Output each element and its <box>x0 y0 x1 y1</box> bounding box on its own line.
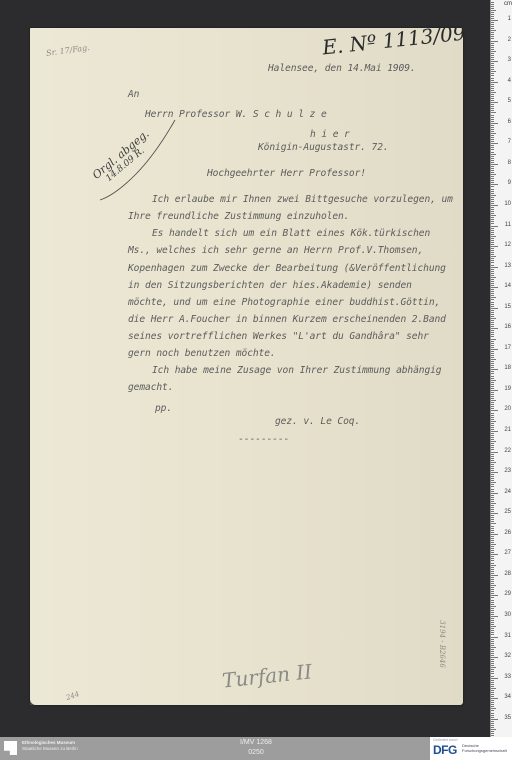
ruler-tick <box>491 203 494 204</box>
ruler-tick <box>491 24 494 25</box>
ruler-tick <box>491 16 494 17</box>
ruler-tick <box>491 269 494 270</box>
ruler-tick <box>491 172 494 173</box>
ruler-tick <box>491 112 496 113</box>
ruler-tick <box>491 579 494 580</box>
ruler-tick <box>491 215 496 216</box>
ruler-tick <box>491 452 498 453</box>
ruler-tick <box>491 299 494 300</box>
ruler-tick <box>491 318 496 319</box>
ruler-tick <box>491 478 494 479</box>
ruler-tick <box>491 528 494 529</box>
ruler-tick <box>491 497 494 498</box>
ruler-tick <box>491 53 494 54</box>
ruler-tick <box>491 678 498 679</box>
ruler-tick <box>491 369 498 370</box>
ruler-tick <box>491 517 494 518</box>
ruler-tick <box>491 302 494 303</box>
ruler-tick <box>491 160 494 161</box>
ruler-tick <box>491 480 494 481</box>
ruler-label: 11 <box>505 222 511 228</box>
ruler-label: 12 <box>504 242 511 248</box>
ruler-tick <box>491 468 494 469</box>
ruler-tick <box>491 273 494 274</box>
ruler-tick <box>491 441 496 442</box>
ruler-tick <box>491 404 494 405</box>
ruler-tick <box>491 244 494 245</box>
body-line: Ich erlaube mir Ihnen zwei Bittgesuche v… <box>152 194 453 205</box>
ruler-tick <box>491 334 494 335</box>
ruler-tick <box>491 727 494 728</box>
ruler-tick <box>491 186 494 187</box>
ruler-tick <box>491 694 494 695</box>
sponsor-caption: Gefördert durch <box>433 738 458 742</box>
ruler-tick <box>491 595 498 596</box>
ruler-tick <box>491 509 494 510</box>
ruler-tick <box>491 632 494 633</box>
ruler-tick <box>491 125 494 126</box>
ruler-tick <box>491 692 494 693</box>
recipient-prefix: An <box>128 89 139 100</box>
body-line: möchte, und um eine Photographie einer b… <box>128 297 440 308</box>
ruler-tick <box>491 359 496 360</box>
ruler-tick <box>491 634 494 635</box>
ruler-tick <box>491 135 494 136</box>
ruler-tick <box>491 470 494 471</box>
ruler-label: 20 <box>504 406 511 412</box>
ruler-tick <box>491 620 494 621</box>
ruler-tick <box>491 413 494 414</box>
closing-pp: pp. <box>155 403 172 414</box>
ruler-tick <box>491 643 494 644</box>
ruler-tick <box>491 133 496 134</box>
ruler-tick <box>491 456 494 457</box>
ruler-tick <box>491 735 494 736</box>
ruler-label: 16 <box>504 324 511 330</box>
ruler-tick <box>491 355 494 356</box>
ruler-tick <box>491 474 494 475</box>
ruler-label: 2 <box>508 37 511 43</box>
ruler-tick <box>491 106 494 107</box>
ruler-tick <box>491 14 494 15</box>
ruler-tick <box>491 415 494 416</box>
ruler-tick <box>491 454 494 455</box>
ruler-tick <box>491 733 494 734</box>
ruler-tick <box>491 43 494 44</box>
ruler-tick <box>491 449 494 450</box>
separator-rule: --------- <box>238 434 289 445</box>
ruler-tick <box>491 92 496 93</box>
ruler-tick <box>491 36 494 37</box>
ruler-tick <box>491 569 494 570</box>
ruler-tick <box>491 384 494 385</box>
ruler-tick <box>491 256 496 257</box>
ruler-label: 14 <box>504 283 511 289</box>
ruler-tick <box>491 234 494 235</box>
ruler-tick <box>491 117 494 118</box>
ruler-label: 27 <box>504 550 511 556</box>
body-line: gemacht. <box>128 382 173 393</box>
ruler-tick <box>491 673 494 674</box>
ruler-tick <box>491 717 494 718</box>
ruler-tick <box>491 577 494 578</box>
ruler-tick <box>491 560 494 561</box>
ruler-tick <box>491 94 494 95</box>
ruler-tick <box>491 729 496 730</box>
ruler-tick <box>491 252 494 253</box>
ruler-label: 15 <box>504 304 511 310</box>
ruler-tick <box>491 297 496 298</box>
ruler-tick <box>491 310 494 311</box>
ruler-tick <box>491 217 494 218</box>
ruler-tick <box>491 55 494 56</box>
ruler-tick <box>491 180 494 181</box>
ruler-tick <box>491 721 494 722</box>
ruler-tick <box>491 38 494 39</box>
recipient-local: h i e r <box>310 129 350 140</box>
ruler-tick <box>491 221 494 222</box>
ruler-label: 4 <box>508 78 511 84</box>
ruler-tick <box>491 532 494 533</box>
ruler-tick <box>491 129 494 130</box>
ruler-tick <box>491 661 494 662</box>
right-edge-rotated-note: 3194 - B2646 <box>438 620 446 668</box>
ruler-tick <box>491 242 494 243</box>
ruler-tick <box>491 108 494 109</box>
ruler-tick <box>491 238 494 239</box>
ruler-tick <box>491 513 498 514</box>
ruler-tick <box>491 538 494 539</box>
ruler-tick <box>491 147 494 148</box>
page-number: 0250 <box>226 748 286 758</box>
ruler-tick <box>491 706 494 707</box>
ruler-tick <box>491 435 494 436</box>
margin-note-stroke <box>95 115 185 205</box>
ruler-tick <box>491 145 494 146</box>
ruler-tick <box>491 328 498 329</box>
ruler-tick <box>491 84 494 85</box>
ruler-tick <box>491 464 494 465</box>
ruler-label: 9 <box>508 180 511 186</box>
ruler-tick <box>491 423 494 424</box>
ruler-label: 34 <box>504 694 511 700</box>
recipient-street: Königin-Augustastr. 72. <box>258 142 389 153</box>
ruler-tick <box>491 267 498 268</box>
ruler-tick <box>491 230 494 231</box>
ruler-tick <box>491 392 494 393</box>
ruler-tick <box>491 433 494 434</box>
ruler-tick <box>491 265 494 266</box>
ruler-tick <box>491 281 494 282</box>
ruler-label: 22 <box>504 448 511 454</box>
ruler-tick <box>491 100 494 101</box>
ruler-tick <box>491 521 494 522</box>
ruler-tick <box>491 254 494 255</box>
ruler-tick <box>491 41 498 42</box>
ruler-label: 19 <box>504 386 511 392</box>
ruler-tick <box>491 482 496 483</box>
ruler-tick <box>491 162 494 163</box>
dfg-sponsor-logo: Gefördert durch DFG Deutsche Forschungsg… <box>430 737 512 760</box>
ruler-tick <box>491 540 494 541</box>
ruler-label: 25 <box>504 509 511 515</box>
ruler-tick <box>491 67 494 68</box>
ruler-tick <box>491 702 494 703</box>
ruler-label: 1 <box>508 16 511 22</box>
ruler-tick <box>491 378 494 379</box>
ruler-label: 18 <box>504 365 511 371</box>
ruler-tick <box>491 289 494 290</box>
ruler-tick <box>491 530 494 531</box>
ruler-tick <box>491 460 494 461</box>
ruler-tick <box>491 462 496 463</box>
ruler-tick <box>491 645 494 646</box>
ruler-tick <box>491 713 494 714</box>
inventory-number: I/MV 1268 <box>226 738 286 748</box>
ruler-tick <box>491 343 494 344</box>
ruler-tick <box>491 308 498 309</box>
ruler-tick <box>491 345 494 346</box>
ruler-tick <box>491 184 498 185</box>
ruler-tick <box>491 408 494 409</box>
ruler-tick <box>491 361 494 362</box>
ruler-tick <box>491 696 494 697</box>
ruler-tick <box>491 211 494 212</box>
ruler-tick <box>491 604 494 605</box>
ruler-tick <box>491 137 494 138</box>
ruler-tick <box>491 75 494 76</box>
ruler-tick <box>491 96 494 97</box>
ruler-tick <box>491 667 496 668</box>
ruler-tick <box>491 371 494 372</box>
ruler-tick <box>491 262 494 263</box>
ruler-tick <box>491 501 494 502</box>
ruler-tick <box>491 170 494 171</box>
ruler-tick <box>491 373 494 374</box>
body-line: in den Sitzungsberichten der hies.Akadem… <box>128 280 412 291</box>
ruler-tick <box>491 552 494 553</box>
ruler-label: 29 <box>504 591 511 597</box>
ruler-tick <box>491 486 494 487</box>
ruler-tick <box>491 207 494 208</box>
ruler-tick <box>491 166 494 167</box>
ruler-tick <box>491 88 494 89</box>
ruler-tick <box>491 425 494 426</box>
ruler-tick <box>491 698 498 699</box>
ruler-tick <box>491 676 494 677</box>
ruler-tick <box>491 131 494 132</box>
body-line: die Herr A.Foucher in binnen Kurzem ersc… <box>128 314 446 325</box>
ruler-tick <box>491 686 494 687</box>
ruler-tick <box>491 258 494 259</box>
ruler-tick <box>491 20 498 21</box>
ruler-label: 28 <box>504 571 511 577</box>
ruler-tick <box>491 30 496 31</box>
ruler-tick <box>491 141 494 142</box>
ruler-tick <box>491 600 494 601</box>
ruler-tick <box>491 193 494 194</box>
place-date: Halensee, den 14.Mai 1909. <box>268 63 416 74</box>
ruler-tick <box>491 219 494 220</box>
signature: gez. v. Le Coq. <box>275 416 360 427</box>
ruler-tick <box>491 341 494 342</box>
ruler-tick <box>491 583 494 584</box>
ruler-label: 6 <box>508 119 511 125</box>
ruler-tick <box>491 330 494 331</box>
ruler-tick <box>491 250 494 251</box>
ruler-label: 26 <box>504 530 511 536</box>
ruler-tick <box>491 550 494 551</box>
ruler-tick <box>491 437 494 438</box>
ruler-tick <box>491 189 494 190</box>
ruler-tick <box>491 4 494 5</box>
ruler-tick <box>491 12 494 13</box>
ruler-tick <box>491 291 494 292</box>
ruler-tick <box>491 585 496 586</box>
body-line: Ihre freundliche Zustimmung einzuholen. <box>128 211 349 222</box>
ruler-tick <box>491 236 496 237</box>
ruler-tick <box>491 260 494 261</box>
ruler-label: 13 <box>504 263 511 269</box>
ruler-tick <box>491 232 494 233</box>
ruler-tick <box>491 34 494 35</box>
ruler-tick <box>491 651 494 652</box>
ruler-tick <box>491 367 494 368</box>
ruler-tick <box>491 511 494 512</box>
ruler-tick <box>491 197 494 198</box>
ruler-tick <box>491 443 494 444</box>
ruler-label: 33 <box>504 674 511 680</box>
ruler-tick <box>491 304 494 305</box>
ruler-tick <box>491 6 494 7</box>
ruler-tick <box>491 275 494 276</box>
ruler-tick <box>491 507 494 508</box>
ruler-tick <box>491 610 494 611</box>
ruler-tick <box>491 351 494 352</box>
ruler-tick <box>491 427 494 428</box>
ruler-tick <box>491 349 498 350</box>
ruler-tick <box>491 548 494 549</box>
ruler-tick <box>491 563 494 564</box>
ruler-tick <box>491 593 494 594</box>
ruler-tick <box>491 558 494 559</box>
body-line: Kopenhagen zum Zwecke der Bearbeitung (&… <box>128 263 446 274</box>
ruler-tick <box>491 575 498 576</box>
ruler-tick <box>491 682 494 683</box>
ruler-tick <box>491 573 494 574</box>
ruler-tick <box>491 394 494 395</box>
ruler-tick <box>491 336 494 337</box>
ruler-tick <box>491 59 494 60</box>
ruler-tick <box>491 213 494 214</box>
ruler-tick <box>491 178 494 179</box>
ruler-tick <box>491 80 494 81</box>
ruler-tick <box>491 725 494 726</box>
institution-name: Ethnologisches Museum Staatliche Museen … <box>22 740 78 752</box>
ruler-tick <box>491 439 494 440</box>
ruler-tick <box>491 565 496 566</box>
ruler-tick <box>491 626 496 627</box>
ruler-tick <box>491 655 494 656</box>
ruler-tick <box>491 322 494 323</box>
ruler-tick <box>491 458 494 459</box>
ruler-tick <box>491 616 498 617</box>
ruler-label: 7 <box>508 139 511 145</box>
ruler-tick <box>491 2 494 3</box>
ruler-label: 5 <box>508 98 511 104</box>
ruler-tick <box>491 641 494 642</box>
ruler-tick <box>491 688 496 689</box>
body-line: gern noch benutzen möchte. <box>128 348 276 359</box>
ruler-tick <box>491 316 494 317</box>
ruler-tick <box>491 556 494 557</box>
ruler-tick <box>491 719 498 720</box>
ruler-tick <box>491 400 496 401</box>
ruler-tick <box>491 32 494 33</box>
ruler-tick <box>491 121 494 122</box>
ruler-tick <box>491 700 494 701</box>
recipient-name: Herrn Professor W. S c h u l z e <box>145 109 327 120</box>
ruler-tick <box>491 312 494 313</box>
ruler-tick <box>491 715 494 716</box>
ruler-tick <box>491 710 494 711</box>
ruler-tick <box>491 143 498 144</box>
ruler-tick <box>491 63 494 64</box>
ruler-tick <box>491 489 494 490</box>
ruler-label: 8 <box>508 160 511 166</box>
ruler-tick <box>491 472 498 473</box>
ruler-tick <box>491 86 494 87</box>
ruler-label: 30 <box>504 612 511 618</box>
ruler-tick <box>491 320 494 321</box>
ruler-tick <box>491 410 498 411</box>
ruler-tick <box>491 380 496 381</box>
ruler-tick <box>491 671 494 672</box>
body-line: seines vortrefflichen Werkes "L'art du G… <box>128 331 429 342</box>
ruler-tick <box>491 684 494 685</box>
ruler-tick <box>491 18 494 19</box>
ruler-tick <box>491 61 498 62</box>
ruler-tick <box>491 618 494 619</box>
ruler-tick <box>491 314 494 315</box>
ruler-tick <box>491 431 498 432</box>
institution-line2: Staatliche Museen zu Berlin <box>22 746 78 752</box>
ruler-tick <box>491 223 494 224</box>
ruler-tick <box>491 279 494 280</box>
sponsor-name: Deutsche Forschungsgemeinschaft <box>462 743 507 753</box>
ruler-tick <box>491 306 494 307</box>
sponsor-name-line2: Forschungsgemeinschaft <box>462 748 507 753</box>
ruler-tick <box>491 396 494 397</box>
ruler-tick <box>491 665 494 666</box>
ruler-tick <box>491 10 496 11</box>
ruler-tick <box>491 71 496 72</box>
museum-logo-icon <box>4 741 17 755</box>
ruler-tick <box>491 154 496 155</box>
ruler-tick <box>491 78 494 79</box>
ruler-tick <box>491 246 498 247</box>
ruler-tick <box>491 240 494 241</box>
ruler-tick <box>491 90 494 91</box>
ruler-label: 24 <box>504 489 511 495</box>
ruler-tick <box>491 248 494 249</box>
ruler-tick <box>491 176 494 177</box>
ruler-tick <box>491 45 494 46</box>
ruler-label: 32 <box>504 653 511 659</box>
ruler-tick <box>491 398 494 399</box>
ruler-tick <box>491 47 494 48</box>
ruler-tick <box>491 339 496 340</box>
